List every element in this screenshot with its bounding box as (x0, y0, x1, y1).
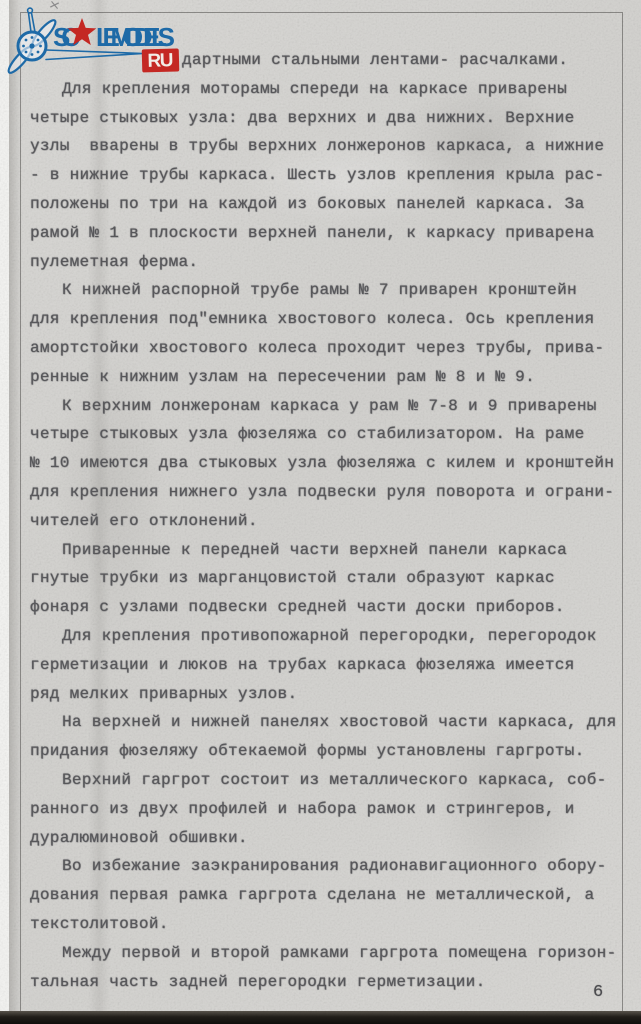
brand-tld-text: RU (147, 50, 174, 72)
scalemodels-watermark: SC LEMODELS RU (6, 4, 218, 86)
paper-grain-overlay (0, 0, 641, 1024)
brand-text-suffix: LEMODELS (96, 22, 175, 52)
scanned-page: × дартными стальными лентами- расчалками… (0, 0, 641, 1024)
brand-tld-badge: RU (142, 49, 180, 73)
